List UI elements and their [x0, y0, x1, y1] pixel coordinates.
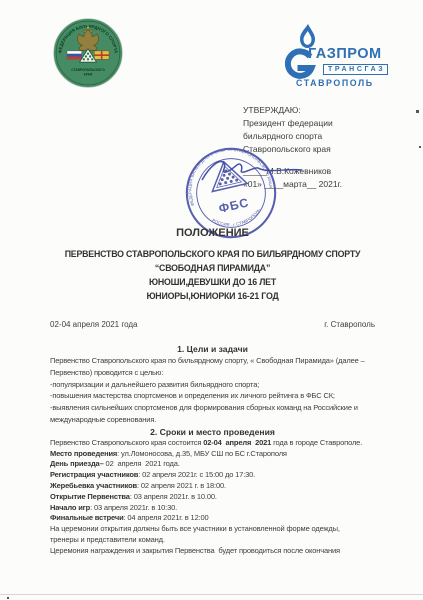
section2-intro: Первенство Ставропольского края состоитс… [50, 438, 375, 449]
scan-speck [416, 110, 419, 113]
title-line-3: ЮНОШИ,ДЕВУШКИ ДО 16 ЛЕТ [50, 275, 375, 289]
gazprom-logo: ГАЗПРОМ ТРАНСГАЗ СТАВРОПОЛЬ [281, 21, 391, 89]
schedule-value: : 02 апреля 2021 г. в 18:00. [137, 481, 226, 490]
document-type-heading: ПОЛОЖЕНИЕ [50, 227, 375, 240]
schedule-value: : 03 апреля 2021г. в 10.00. [130, 492, 217, 501]
title-line-2: “СВОБОДНАЯ ПИРАМИДА” [50, 261, 375, 275]
schedule-value: : 04 апреля 2021г. в 12:00 [124, 513, 209, 522]
federation-billiards-logo: ФЕДЕРАЦИЯ БИЛЬЯРДНОГО СПОРТА [53, 18, 123, 88]
intro-prefix: Первенство Ставропольского края состоитс… [50, 438, 203, 447]
schedule-item: Место проведения: ул.Ломоносова, д.35, М… [50, 449, 375, 460]
schedule-value: : ул.Ломоносова, д.35, МБУ СШ по БС г.Ст… [117, 449, 287, 458]
scan-speck [419, 146, 421, 148]
schedule-item: Жеребьевка участников: 02 апреля 2021 г.… [50, 481, 375, 492]
section1-line: -повышения мастерства спортсменов и опре… [50, 390, 375, 402]
federation-bottom-text-1: СТАВРОПОЛЬСКОГО [71, 68, 105, 72]
stavropol-flag-icon [94, 51, 109, 59]
schedule-label: Регистрация участников [50, 470, 138, 479]
schedule-label: Место проведения [50, 449, 117, 458]
scanned-document-page: ФЕДЕРАЦИЯ БИЛЬЯРДНОГО СПОРТА [0, 0, 423, 600]
section-goals: 1. Цели и задачи Первенство Ставропольск… [50, 343, 375, 426]
section-schedule: 2. Сроки и место проведения Первенство С… [50, 426, 375, 557]
schedule-label: Открытие Первенства [50, 492, 130, 501]
page-edge-line [0, 594, 423, 595]
gazprom-wordmark: ГАЗПРОМ [308, 46, 382, 62]
closing-line: На церемонии открытия должны быть все уч… [50, 524, 375, 535]
schedule-item: Начало игр: 03 апреля 2021г. в 10:30. [50, 503, 375, 514]
document-title-block: ПЕРВЕНСТВО СТАВРОПОЛЬСКОГО КРАЯ ПО БИЛЬЯ… [50, 247, 375, 303]
schedule-label: День приезда– [50, 459, 104, 468]
section2-heading: 2. Сроки и место проведения [50, 426, 375, 438]
scan-speck [7, 597, 9, 599]
schedule-item: День приезда– 02 апреля 2021 года. [50, 459, 375, 470]
transgaz-wordmark: ТРАНСГАЗ [323, 64, 388, 75]
section1-line: Первенство Ставропольского края по билья… [50, 355, 375, 367]
section1-heading: 1. Цели и задачи [50, 343, 375, 355]
schedule-label: Жеребьевка участников [50, 481, 137, 490]
federation-bottom-text-2: КРАЯ [84, 72, 93, 76]
title-line-4: ЮНИОРЫ,ЮНИОРКИ 16-21 ГОД [50, 289, 375, 303]
intro-suffix: года в городе Ставрополе. [271, 438, 362, 447]
stavropol-wordmark: СТАВРОПОЛЬ [296, 78, 374, 88]
schedule-label: Финальные встречи [50, 513, 124, 522]
event-city: г. Ставрополь [324, 320, 375, 330]
approval-title: УТВЕРЖДАЮ: [243, 104, 342, 117]
closing-line: тренеры и представители команд. [50, 535, 375, 546]
signature-scribble-icon [198, 156, 316, 188]
title-line-1: ПЕРВЕНСТВО СТАВРОПОЛЬСКОГО КРАЯ ПО БИЛЬЯ… [50, 247, 375, 261]
russia-flag-icon [67, 51, 82, 59]
schedule-item: Открытие Первенства: 03 апреля 2021г. в … [50, 492, 375, 503]
section1-line: Первенство) проводится с целью: [50, 367, 375, 379]
dateline: 02-04 апреля 2021 года г. Ставрополь [50, 320, 375, 330]
closing-line: Церемония награждения и закрытия Первенс… [50, 546, 375, 557]
schedule-item: Регистрация участников: 02 апреля 2021г.… [50, 470, 375, 481]
section1-line: -выявления сильнейших спортсменов для фо… [50, 402, 375, 414]
section1-line: международные соревнования. [50, 414, 375, 426]
schedule-value: : 03 апреля 2021г. в 10:30. [90, 503, 177, 512]
schedule-item: Финальные встречи: 04 апреля 2021г. в 12… [50, 513, 375, 524]
schedule-value: 02 апреля 2021 года. [104, 459, 180, 468]
intro-dates: 02-04 апреля 2021 [203, 438, 271, 447]
event-dates: 02-04 апреля 2021 года [50, 320, 137, 330]
document-body: ПОЛОЖЕНИЕ ПЕРВЕНСТВО СТАВРОПОЛЬСКОГО КРА… [0, 227, 423, 557]
schedule-value: : 02 апреля 2021г. с 15:00 до 17:30. [138, 470, 255, 479]
approval-position-1: Президент федерации [243, 117, 342, 130]
stamp-center-text: ФБС [217, 195, 250, 216]
federation-emblem-icon: ФЕДЕРАЦИЯ БИЛЬЯРДНОГО СПОРТА [53, 18, 123, 88]
section1-line: -популяризации и дальнейшего развития би… [50, 379, 375, 391]
schedule-label: Начало игр [50, 503, 90, 512]
